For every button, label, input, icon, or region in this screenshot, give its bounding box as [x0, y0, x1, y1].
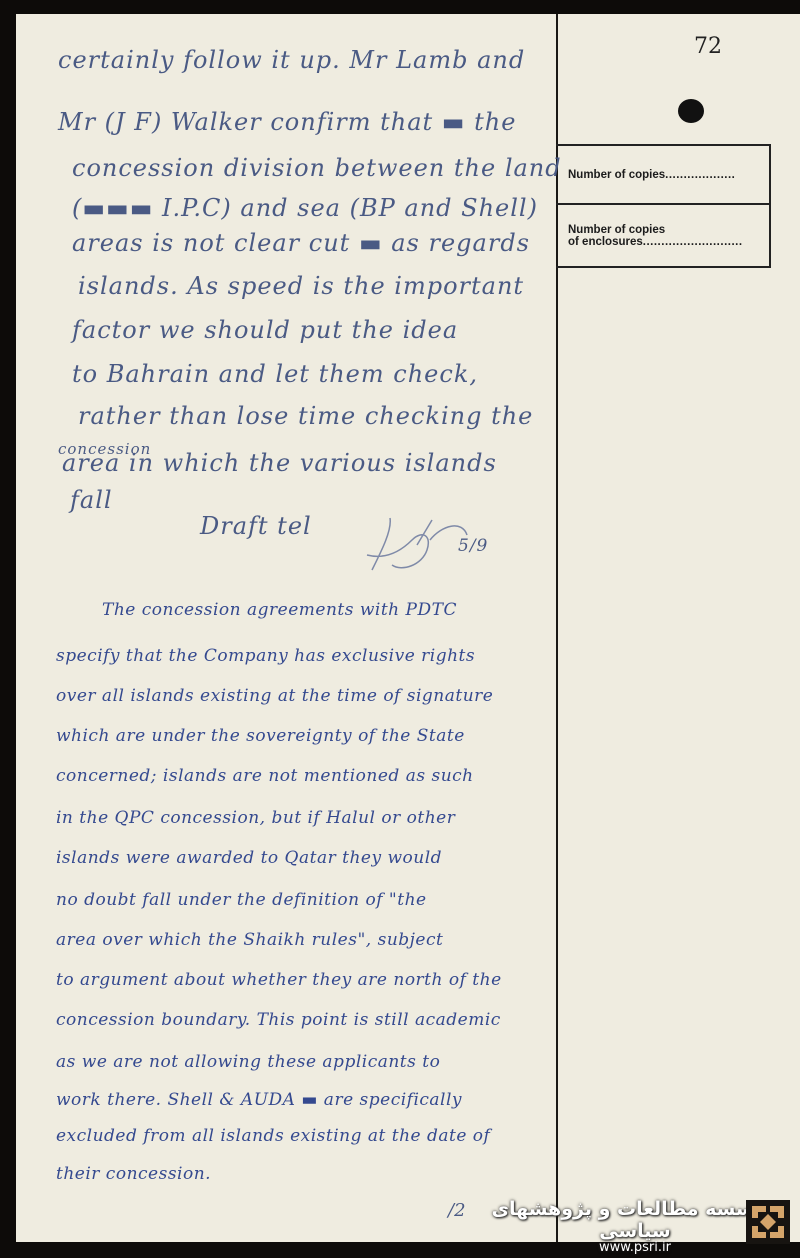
note-line: specify that the Company has exclusive r… [56, 646, 475, 666]
enclosures-label-2: of enclosures [568, 236, 643, 248]
note-line: areas is not clear cut ▬ as regards [72, 229, 530, 257]
note-line: their concession. [56, 1164, 211, 1184]
note-line: to Bahrain and let them check, [72, 360, 478, 388]
note-line: certainly follow it up. Mr Lamb and [58, 46, 525, 74]
note-line: islands. As speed is the important [78, 272, 524, 300]
note-line: factor we should put the idea [72, 316, 458, 344]
document-page: certainly follow it up. Mr Lamb and Mr (… [16, 14, 800, 1242]
note-line: over all islands existing at the time of… [56, 686, 493, 706]
note-line: concession boundary. This point is still… [56, 1010, 501, 1030]
note-line: concession division between the land [72, 154, 562, 182]
note-line: as we are not allowing these applicants … [56, 1052, 440, 1072]
note-line: rather than lose time checking the [78, 402, 533, 430]
copies-form-box: Number of copies................... Numb… [556, 144, 771, 268]
enclosures-label-1: Number of copies [568, 224, 757, 236]
folio-number: 72 [694, 34, 722, 59]
note-line: islands were awarded to Qatar they would [56, 848, 442, 868]
continuation-page-ref: /2 [448, 1200, 466, 1221]
copies-label: Number of copies [568, 169, 665, 181]
note-line: no doubt fall under the definition of "t… [56, 890, 427, 910]
note-line: (▬▬▬ I.P.C) and sea (BP and Shell) [72, 194, 538, 222]
copies-fill-line: ................... [665, 169, 735, 181]
psri-logo-icon [746, 1200, 790, 1244]
note-line: The concession agreements with PDTC [102, 600, 457, 620]
signature-scrawl-icon [362, 510, 472, 580]
enclosures-fill-line: ........................... [643, 236, 743, 248]
signature-date: 5/9 [458, 536, 488, 556]
note-line: excluded from all islands existing at th… [56, 1126, 490, 1146]
punch-hole [678, 99, 704, 123]
note-line: to argument about whether they are north… [56, 970, 502, 990]
note-line: which are under the sovereignty of the S… [56, 726, 465, 746]
note-line: fall [70, 486, 113, 514]
note-line: area in which the various islands [62, 449, 497, 477]
note-line: work there. Shell & AUDA ▬ are specifica… [56, 1090, 462, 1110]
note-line: area over which the Shaikh rules", subje… [56, 930, 443, 950]
note-line: in the QPC concession, but if Halul or o… [56, 808, 455, 828]
note-line: concerned; islands are not mentioned as … [56, 766, 474, 786]
enclosures-row: Number of copies of enclosures..........… [556, 205, 769, 266]
annotation-draft-tel: Draft tel [200, 512, 312, 540]
signature [362, 510, 472, 585]
copies-row: Number of copies................... [556, 146, 769, 205]
note-line: Mr (J F) Walker confirm that ▬ the [58, 108, 516, 136]
